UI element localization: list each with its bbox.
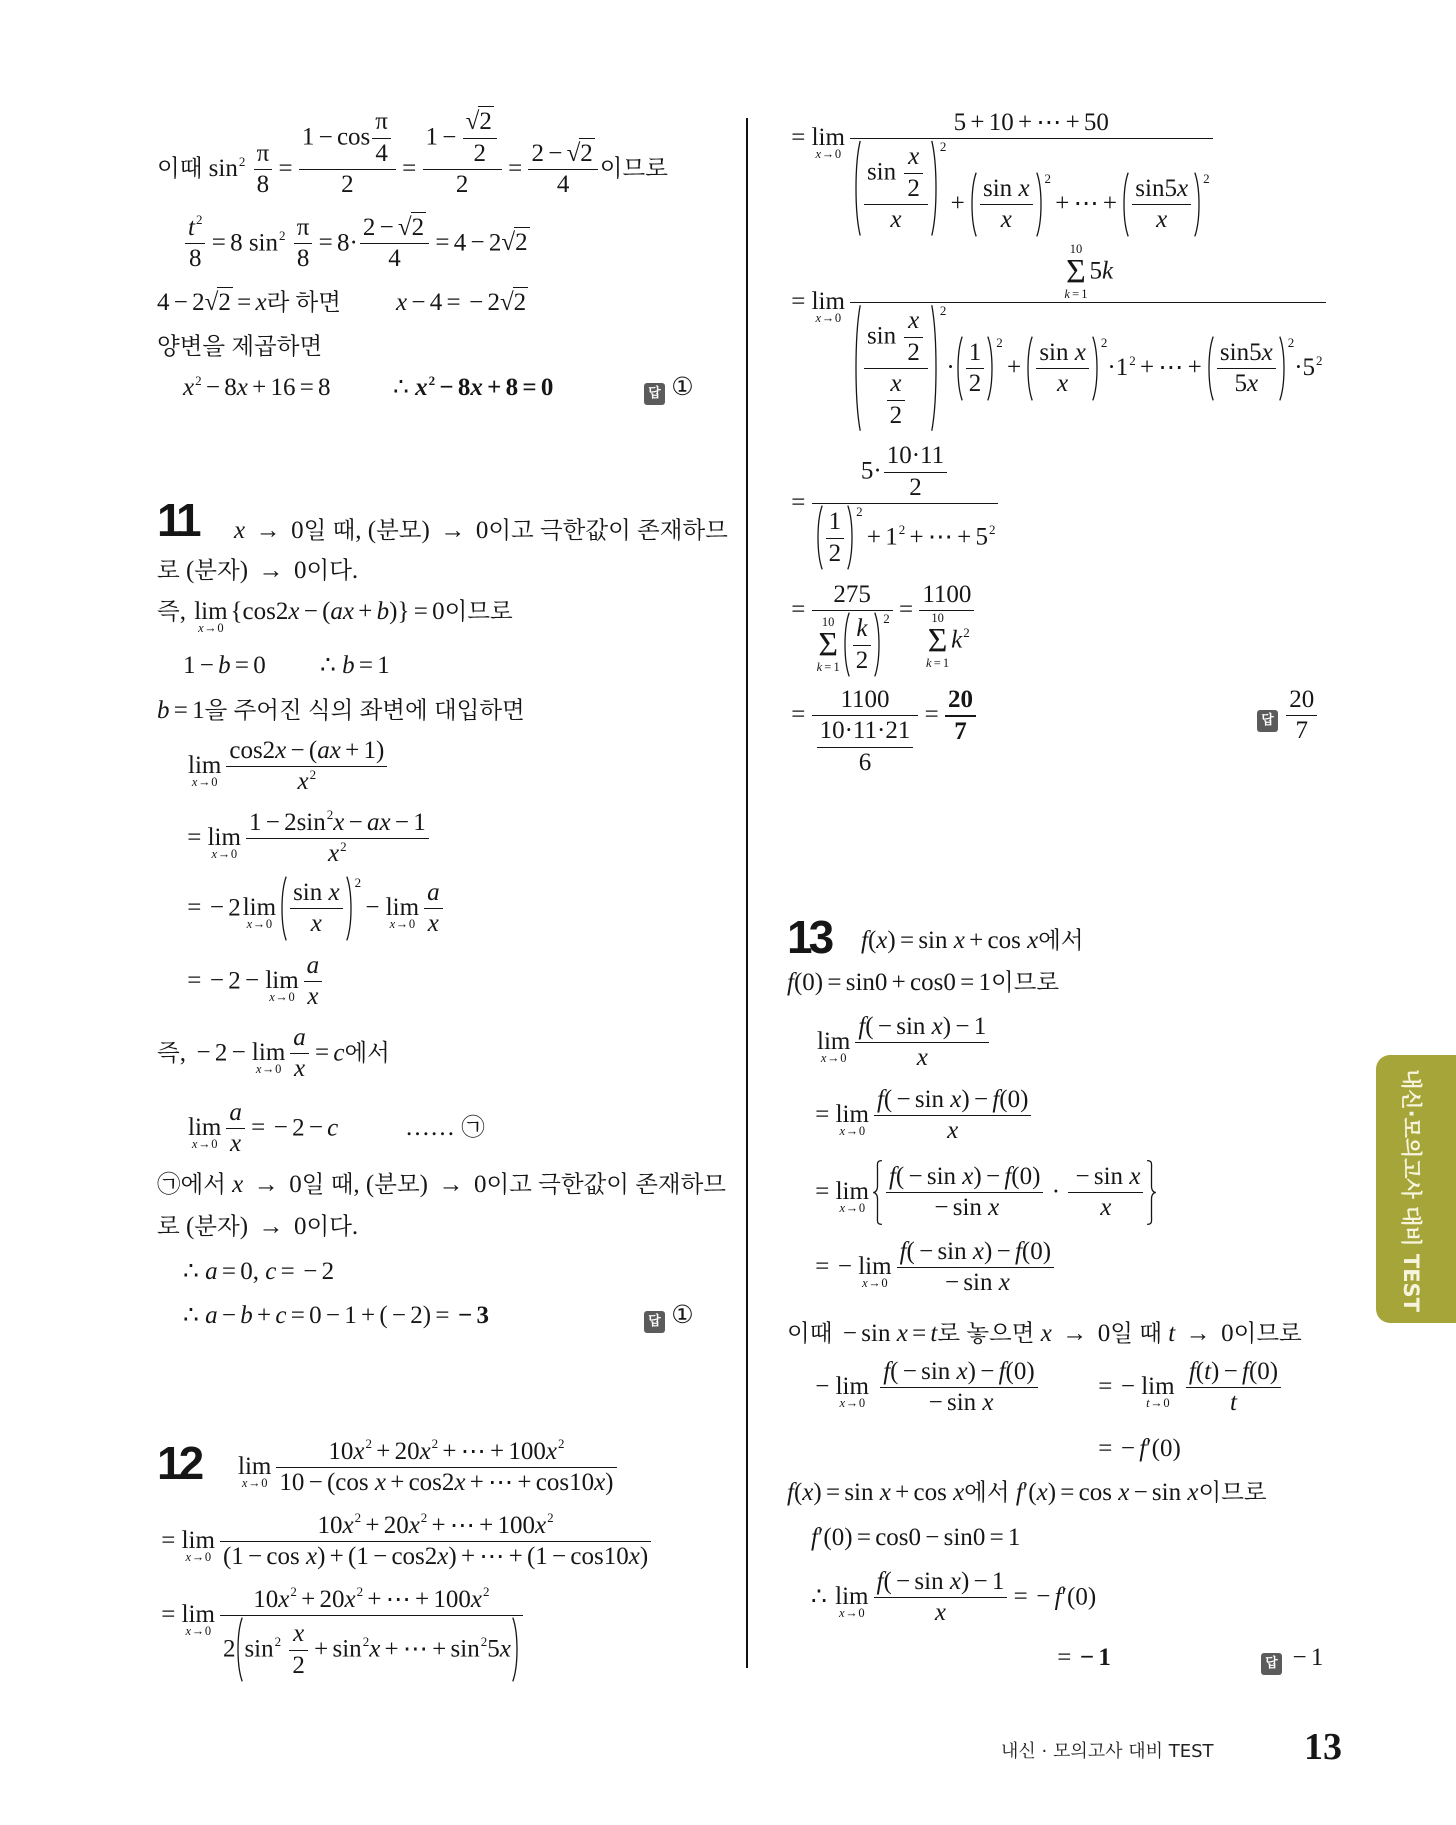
numerator: 10·11 — [884, 442, 947, 472]
operator: − — [904, 1163, 927, 1190]
operator: = — [787, 596, 810, 623]
variable: x — [1118, 1479, 1129, 1506]
numerator: x — [904, 143, 923, 173]
variable: x — [988, 1194, 999, 1221]
close-bracket-icon — [1036, 172, 1044, 237]
numerator: f(−sin x)−f(0) — [874, 1086, 1031, 1116]
function-name: sin — [1039, 339, 1068, 366]
bracket-group: sin x2x22 — [853, 304, 946, 432]
bracket-group: sin xx2 — [1025, 336, 1107, 401]
korean-text: 로 — [937, 1321, 960, 1347]
bold-text: −1 — [1076, 1644, 1111, 1671]
variable: k — [856, 615, 867, 642]
function-name: cos — [987, 927, 1020, 954]
denominator: 2 — [966, 368, 985, 398]
variable: x — [816, 147, 822, 161]
limit: limx→0 — [836, 1178, 869, 1207]
function-name: sin — [937, 1238, 966, 1265]
variable: x — [917, 1044, 928, 1071]
superscript: 2 — [1101, 336, 1108, 349]
variable: x — [1018, 175, 1029, 202]
bracket-content: sin x2x — [861, 140, 931, 237]
fraction: 10·112 — [884, 442, 947, 501]
fraction: f(−sin x)−f(0)−sin x — [897, 1238, 1054, 1297]
variable: x — [862, 1276, 868, 1290]
variable: x — [999, 1269, 1010, 1296]
operator: − — [969, 1568, 992, 1595]
limit-subscript: x→0 — [839, 1607, 865, 1620]
p13-line-9: =−f′(0) — [1094, 1435, 1181, 1464]
numerator: sin x2 — [864, 307, 928, 368]
operator: = — [920, 701, 943, 728]
variable: x — [897, 1320, 908, 1347]
variable: f — [877, 1568, 884, 1595]
operator: = — [787, 124, 810, 151]
function-name: sin — [915, 1086, 944, 1113]
numerator: f(t)−f(0) — [1186, 1358, 1281, 1388]
variable: t — [1168, 1320, 1175, 1347]
variable: f — [1189, 1358, 1196, 1385]
operator: − — [921, 1524, 944, 1551]
function-name: sin — [844, 1479, 873, 1506]
operator: − — [915, 1238, 938, 1265]
variable: x — [816, 311, 822, 325]
sum-lower-limit: k=1 — [817, 661, 840, 674]
superscript: 2 — [1129, 353, 1136, 368]
function-name: cos — [1079, 1479, 1112, 1506]
close-bracket-icon — [1146, 1160, 1157, 1225]
variable: x — [890, 370, 901, 397]
p13-answer: 답 −1 — [1261, 1644, 1323, 1675]
open-bracket-icon — [969, 172, 977, 237]
fraction: 10Σk=15ksin x2x22·122+sin xx2·12+⋯+sin5x… — [850, 243, 1326, 432]
variable: x — [1037, 1479, 1048, 1506]
numerator: 20 — [945, 686, 976, 716]
numerator: f(−sin x)−f(0) — [880, 1358, 1037, 1388]
bracket-content: k2 — [850, 612, 875, 677]
p13-line-2: f(0)=sin0+cos0=1이므로 — [787, 969, 1059, 998]
variable: x — [890, 206, 901, 233]
operator: + — [1003, 354, 1026, 381]
operator: − — [1071, 1163, 1094, 1190]
variable: f — [999, 1358, 1006, 1385]
operator: − — [811, 1373, 834, 1400]
fraction: sin5xx — [1132, 175, 1191, 234]
p13-line-5: =limx→0f(−sin x)−f(0)−sin x · −sin xx — [811, 1160, 1157, 1225]
operator: + — [1061, 109, 1084, 136]
variable: x — [957, 1358, 968, 1385]
denominator: x — [1036, 368, 1089, 398]
p13-line-13: =−1 — [1053, 1644, 1111, 1673]
variable: f — [1016, 1479, 1023, 1506]
bracket-group: sin x2x2 — [853, 140, 946, 237]
p12c-line-2: =limx→010Σk=15ksin x2x22·122+sin xx2·12+… — [787, 243, 1328, 432]
variable: x — [1001, 206, 1012, 233]
function-name: sin — [921, 1358, 950, 1385]
variable: f — [883, 1358, 890, 1385]
variable: x — [935, 1599, 946, 1626]
fraction: sin xx — [1036, 339, 1089, 398]
superscript: 2 — [883, 612, 890, 625]
denominator: −sin x — [880, 1387, 1037, 1417]
bracket-group: f(−sin x)−f(0)−sin x · −sin xx — [872, 1160, 1157, 1225]
function-name: sin — [896, 1013, 925, 1040]
limit: limx→0 — [836, 1373, 869, 1402]
p13-line-8-left: −limx→0 f(−sin x)−f(0)−sin x — [811, 1358, 1040, 1417]
operator: − — [941, 1269, 964, 1296]
variable: x — [1262, 339, 1273, 366]
variable: x — [821, 1051, 827, 1065]
bracket-group: sin xx2 — [969, 172, 1051, 237]
function-name: sin — [846, 969, 875, 996]
section-side-tab: 내신·모의고사 대비 TEST — [1376, 1055, 1456, 1323]
function-name: sin — [867, 159, 896, 186]
operator: = — [1070, 287, 1081, 301]
fraction: f(−sin x)−f(0)−sin x — [880, 1358, 1037, 1417]
function-name: sin — [1135, 175, 1164, 202]
superscript: 2 — [963, 625, 970, 640]
variable: x — [840, 1124, 846, 1138]
operator: → — [821, 147, 835, 161]
variable: k — [951, 627, 962, 654]
denominator: x — [1068, 1192, 1143, 1222]
denominator: x — [1132, 204, 1191, 234]
operator: + — [1051, 190, 1074, 217]
bracket-group: sin5x5x2 — [1206, 336, 1294, 401]
p13-line-12: ∴ limx→0f(−sin x)−1x=−f′(0) — [811, 1568, 1096, 1627]
operator: − — [892, 1568, 915, 1595]
limit-subscript: t→0 — [1146, 1397, 1169, 1410]
sum-lower-limit: k=1 — [1064, 288, 1087, 301]
variable: f — [1004, 1163, 1011, 1190]
variable: x — [1187, 1479, 1198, 1506]
variable: x — [950, 1086, 961, 1113]
fraction: f(−sin x)−f(0)−sin x — [886, 1163, 1043, 1222]
numerator: 1 — [966, 339, 985, 369]
denominator: 2 — [887, 400, 906, 430]
variable: f — [1015, 1238, 1022, 1265]
denominator: x — [855, 1042, 989, 1072]
numerator: sin5x — [1217, 339, 1276, 369]
denominator: x — [874, 1115, 1031, 1145]
function-name: cos — [910, 969, 943, 996]
close-bracket-icon — [931, 304, 939, 432]
bold-text: 207 — [943, 701, 978, 728]
operator: − — [976, 1358, 999, 1385]
numerator: 10Σk=15k — [850, 243, 1326, 302]
operator: + — [946, 190, 969, 217]
operator: = — [1094, 1373, 1117, 1400]
function-name: sin — [947, 1389, 976, 1416]
limit: limx→0 — [812, 124, 845, 153]
variable: f — [787, 969, 794, 996]
fraction: 110010·11·216 — [812, 686, 919, 777]
variable: k — [1102, 257, 1113, 284]
fraction: 5·10·112122+12+⋯+52 — [812, 442, 999, 570]
denominator: 10Σk=1k2 — [919, 610, 974, 669]
function-name: sin — [867, 323, 896, 350]
function-name: sin — [914, 1568, 943, 1595]
operator: = — [895, 596, 918, 623]
p13-line-1: f(x)=sin x+cos x에서 — [861, 927, 1084, 956]
function-name: sin — [983, 175, 1012, 202]
denominator: 2 — [853, 645, 872, 675]
fraction: 207 — [945, 686, 976, 746]
open-bracket-icon — [1121, 172, 1129, 237]
p13-line-6: =−limx→0f(−sin x)−f(0)−sin x — [811, 1238, 1056, 1297]
operator: → — [845, 1201, 859, 1215]
bracket-content: sin xx — [977, 172, 1036, 237]
variable: f — [992, 1086, 999, 1113]
operator: = — [908, 1320, 931, 1347]
side-tab-label: 내신·모의고사 대비 TEST — [1393, 1069, 1429, 1309]
open-bracket-icon — [853, 140, 861, 237]
sigma-symbol: Σ — [926, 625, 949, 657]
variable: x — [932, 1013, 943, 1040]
numerator: 1 — [826, 508, 845, 538]
superscript: 2 — [1288, 336, 1295, 349]
variable: f — [889, 1163, 896, 1190]
bracket-group: k22 — [842, 612, 890, 677]
variable: x — [962, 1163, 973, 1190]
operator: = — [787, 489, 810, 516]
superscript: 2 — [856, 505, 863, 518]
close-bracket-icon — [874, 612, 882, 677]
korean-text: 때 — [1139, 1321, 1162, 1347]
p13-line-8-right: =−limt→0 f(t)−f(0)t — [1094, 1358, 1283, 1417]
fraction: sin5x5x — [1217, 339, 1276, 398]
variable: x — [947, 1117, 958, 1144]
bracket-group: sin5xx2 — [1121, 172, 1209, 237]
variable: x — [950, 1568, 961, 1595]
variable: f — [811, 1524, 818, 1551]
variable: x — [1075, 339, 1086, 366]
close-bracket-icon — [847, 505, 855, 570]
p13-line-3: limx→0f(−sin x)−1x — [815, 1013, 991, 1072]
variable: t — [1204, 1358, 1211, 1385]
variable: x — [840, 1396, 846, 1410]
numerator: f(−sin x)−f(0) — [886, 1163, 1043, 1193]
denominator: 6 — [817, 747, 914, 777]
variable: x — [876, 927, 887, 954]
operator: → — [845, 1124, 859, 1138]
numerator: −sin x — [1068, 1163, 1143, 1193]
limit: limx→0 — [835, 1583, 868, 1612]
numerator: 1100 — [812, 686, 919, 716]
operator: − — [892, 1086, 915, 1113]
korean-text: 이므로 — [991, 970, 1059, 996]
denominator: sin x2x22·122+sin xx2·12+⋯+sin5x5x2·52 — [850, 302, 1326, 432]
limit: limx→0 — [836, 1101, 869, 1130]
numerator: 5·10·112 — [812, 442, 999, 503]
korean-text: 이므로 — [1198, 1480, 1266, 1506]
function-name: sin — [953, 1194, 982, 1221]
summation: 10Σk=1 — [1064, 243, 1087, 300]
numerator: x — [887, 370, 906, 400]
fraction: k2 — [853, 615, 872, 674]
variable: f — [787, 1479, 794, 1506]
operator: + — [905, 524, 928, 551]
superscript: 2 — [940, 140, 947, 153]
limit: limx→0 — [812, 288, 845, 317]
fraction: f(t)−f(0)t — [1186, 1358, 1281, 1417]
operator: = — [1009, 1583, 1032, 1610]
fraction: 12 — [966, 339, 985, 398]
variable: f — [1242, 1358, 1249, 1385]
operator: = — [1094, 1435, 1117, 1462]
numerator: sin5x — [1132, 175, 1191, 205]
denominator: 7 — [1286, 715, 1317, 745]
operator: = — [853, 1524, 876, 1551]
operator: − — [1076, 1644, 1099, 1671]
operator: − — [992, 1238, 1015, 1265]
bracket-content: sin x2x2 — [861, 304, 931, 432]
operator: + — [891, 1479, 914, 1506]
operator: → — [845, 1396, 859, 1410]
p13-line-10: f(x)=sin x+cos x에서 f′(x)=cos x−sin x이므로 — [787, 1479, 1267, 1508]
korean-text: 이므로 — [1234, 1321, 1302, 1347]
open-bracket-icon — [872, 1160, 883, 1225]
fraction: f(−sin x)−1x — [874, 1568, 1008, 1627]
fraction: 27510Σk=1k22 — [812, 581, 893, 678]
variable: x — [1041, 1320, 1052, 1347]
fraction: 10·11·216 — [817, 717, 914, 776]
operator: = — [896, 927, 919, 954]
denominator: 2 — [904, 173, 923, 203]
operator: + — [965, 927, 988, 954]
textbook-page: 이때 sin2 π8=1−cosπ42=1−√222=2−√24이므로 t28=… — [0, 0, 1456, 1825]
limit-subscript: x→0 — [816, 312, 842, 325]
fraction: 12 — [826, 508, 845, 567]
close-bracket-icon — [1092, 336, 1100, 401]
variable: t — [1230, 1389, 1237, 1416]
operator: = — [1053, 1644, 1076, 1671]
variable: x — [839, 1606, 845, 1620]
close-bracket-icon — [987, 336, 995, 401]
operator: = — [787, 701, 810, 728]
open-bracket-icon — [955, 336, 963, 401]
answer-badge: 답 — [1261, 1653, 1282, 1675]
operator: → — [845, 1606, 859, 1620]
operator: = — [811, 1253, 834, 1280]
korean-text: 에서 — [1038, 928, 1083, 954]
function-name: sin — [1152, 1479, 1181, 1506]
superscript: 2 — [1045, 172, 1052, 185]
p12-answer: 답 207 — [1257, 686, 1319, 745]
function-name: cos — [913, 1479, 946, 1506]
denominator: 2 — [826, 538, 845, 568]
numerator: 5+10+⋯+50 — [850, 109, 1213, 139]
operator: − — [930, 1194, 953, 1221]
variable: x — [1100, 1194, 1111, 1221]
numerator: 20 — [1286, 686, 1317, 716]
function-name: sin — [927, 1163, 956, 1190]
variable: x — [1156, 206, 1167, 233]
numerator: sin x2 — [864, 143, 928, 204]
right-column: =limx→05+10+⋯+50sin x2x2+sin xx2+⋯+sin5x… — [0, 0, 1456, 1825]
denominator: x — [864, 204, 928, 234]
fraction: f(−sin x)−1x — [855, 1013, 989, 1072]
variable: x — [908, 307, 919, 334]
p12c-line-5: =110010·11·216=207 — [787, 686, 978, 777]
limit-subscript: x→0 — [816, 148, 842, 161]
p13-line-11: f′(0)=cos0−sin0=1 — [811, 1524, 1020, 1553]
operator: + — [966, 109, 989, 136]
fraction: sin x2x2 — [864, 307, 928, 429]
denominator: x — [874, 1597, 1008, 1627]
numerator: 275 — [812, 581, 893, 611]
operator: → — [826, 1051, 840, 1065]
operator: = — [985, 1524, 1008, 1551]
operator: = — [822, 660, 833, 674]
superscript: 2 — [996, 336, 1003, 349]
open-bracket-icon — [1206, 336, 1214, 401]
bracket-content: sin5x5x — [1214, 336, 1279, 401]
operator: − — [951, 1013, 974, 1040]
operator: = — [1056, 1479, 1079, 1506]
p12c-line-3: =5·10·112122+12+⋯+52 — [787, 442, 1000, 570]
operator: + — [887, 969, 910, 996]
numerator: k — [853, 615, 872, 645]
numerator: 1100 — [919, 581, 974, 611]
superscript: 2 — [940, 304, 947, 317]
function-name: sin — [944, 1524, 973, 1551]
operator: + — [1136, 354, 1159, 381]
variable: f — [861, 927, 868, 954]
function-name: cos — [875, 1524, 908, 1551]
fraction: x2 — [904, 307, 923, 366]
operator: − — [1219, 1358, 1242, 1385]
superscript: 2 — [989, 522, 996, 537]
denominator: sin x2x2+sin xx2+⋯+sin5xx2 — [850, 138, 1213, 237]
fraction: 5+10+⋯+50sin x2x2+sin xx2+⋯+sin5xx2 — [850, 109, 1213, 237]
function-name: sin — [1220, 339, 1249, 366]
korean-text: 에서 — [964, 1480, 1009, 1506]
numerator: f(−sin x)−f(0) — [897, 1238, 1054, 1268]
operator: + — [1014, 109, 1037, 136]
limit-subscript: x→0 — [840, 1125, 866, 1138]
variable: x — [1129, 1163, 1140, 1190]
variable: x — [840, 1201, 846, 1215]
bracket-content: sin xx — [1033, 336, 1092, 401]
bracket-content: f(−sin x)−f(0)−sin x · −sin xx — [883, 1160, 1146, 1225]
variable: x — [1057, 370, 1068, 397]
fraction: 207 — [1286, 686, 1317, 745]
denominator: 2 — [884, 472, 947, 502]
operator: + — [863, 524, 886, 551]
function-name: sin — [918, 927, 947, 954]
sum-lower-limit: k=1 — [926, 657, 949, 670]
fraction: sin xx — [980, 175, 1033, 234]
variable: x — [880, 1479, 891, 1506]
denominator: 122+12+⋯+52 — [812, 503, 999, 570]
close-bracket-icon — [1194, 172, 1202, 237]
bracket-group: 122 — [955, 336, 1003, 401]
sigma-symbol: Σ — [1064, 256, 1087, 288]
denominator: 10Σk=1k22 — [812, 610, 893, 677]
numerator: f(−sin x)−1 — [874, 1568, 1008, 1598]
denominator: 5x — [1217, 368, 1276, 398]
denominator: 2 — [904, 337, 923, 367]
footer-title: 내신 · 모의고사 대비 TEST — [1001, 1742, 1214, 1763]
operator: = — [811, 1178, 834, 1205]
open-bracket-icon — [1025, 336, 1033, 401]
denominator: −sin x — [886, 1192, 1043, 1222]
operator: → — [1058, 1320, 1092, 1347]
denominator: t — [1186, 1387, 1281, 1417]
variable: f — [1055, 1583, 1062, 1610]
numerator: 10·11·21 — [817, 717, 914, 747]
